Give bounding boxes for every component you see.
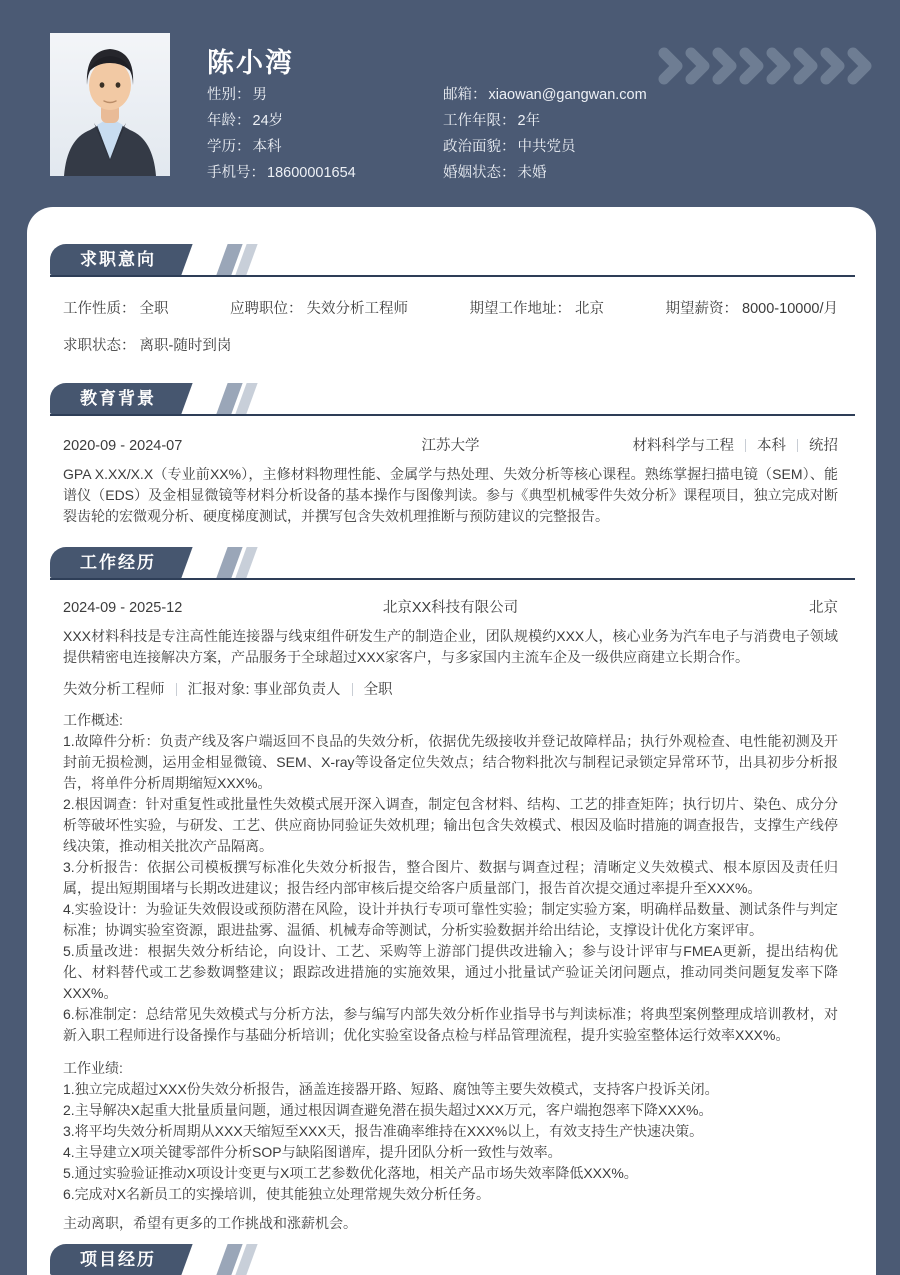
work-overview: 工作概述: 1.故障件分析：负责产线及客户端返回不良品的失效分析，依据优先级接收…: [63, 710, 838, 1046]
divider: [797, 439, 798, 452]
education-degree: 本科: [757, 438, 786, 454]
section-header-project: 项目经历: [50, 1244, 855, 1275]
profile-photo: [50, 33, 170, 176]
education-major: 材料科学与工程: [633, 438, 735, 454]
education-description: GPA X.XX/X.X（专业前XX%），主修材料物理性能、金属学与热处理、失效…: [63, 464, 838, 527]
field-target-position: 应聘职位：失效分析工程师: [230, 299, 408, 320]
work-overview-item: 5.质量改进：根据失效分析结论，向设计、工艺、采购等上游部门提供改进输入；参与设…: [63, 941, 838, 1004]
section-badge: 项目经历: [50, 1244, 178, 1275]
section-header-work: 工作经历: [50, 547, 855, 580]
work-role-row: 失效分析工程师汇报对象: 事业部负责人全职: [63, 680, 838, 701]
work-achievement-item: 5.通过实验验证推动X项设计变更与X项工艺参数优化落地，相关产品市场失效率降低X…: [63, 1163, 838, 1184]
info-row-work-years: 工作年限：2年: [443, 108, 647, 134]
education-admission-type: 统招: [809, 438, 838, 454]
work-role: 失效分析工程师: [63, 682, 165, 698]
education-meta-row: 2020-09 - 2024-07 江苏大学 材料科学与工程本科统招: [63, 436, 838, 457]
work-achievement-item: 1.独立完成超过XXX份失效分析报告，涵盖连接器开路、短路、腐蚀等主要失效模式，…: [63, 1079, 838, 1100]
chevron-decoration: [658, 47, 882, 85]
job-intent-row: 工作性质：全职 应聘职位：失效分析工程师 期望工作地址：北京 期望薪资：8000…: [63, 299, 838, 320]
resume-page: 陈小湾 性别：男 年龄：24岁 学历：本科 手机号：18600001654 邮箱…: [0, 0, 900, 1275]
field-job-status: 求职状态：离职-随时到岗: [63, 336, 838, 357]
work-overview-item: 6.标准制定：总结常见失效模式与分析方法，参与编写内部失效分析作业指导书与判读标…: [63, 1004, 838, 1046]
work-overview-item: 4.实验设计：为验证失效假设或预防潜在风险，设计并执行专项可靠性实验；制定实验方…: [63, 899, 838, 941]
field-job-nature: 工作性质：全职: [63, 299, 169, 320]
divider: [352, 683, 353, 696]
work-meta-row: 2024-09 - 2025-12 北京XX科技有限公司 北京: [63, 598, 838, 619]
section-header-education: 教育背景: [50, 383, 855, 416]
work-overview-item: 2.根因调查：针对重复性或批量性失效模式展开深入调查，制定包含材料、结构、工艺的…: [63, 794, 838, 857]
section-title: 工作经历: [80, 553, 156, 572]
work-achievement-item: 3.将平均失效分析周期从XXX天缩短至XXX天，报告准确率维持在XXX%以上，有…: [63, 1121, 838, 1142]
section-title: 教育背景: [80, 389, 156, 408]
work-achievement-item: 4.主导建立X项关键零部件分析SOP与缺陷图谱库，提升团队分析一致性与效率。: [63, 1142, 838, 1163]
section-badge: 求职意向: [50, 244, 178, 275]
info-row-age: 年龄：24岁: [207, 108, 356, 134]
chevron-icons: [658, 47, 882, 85]
header-info-left: 性别：男 年龄：24岁 学历：本科 手机号：18600001654: [207, 82, 356, 186]
work-achievement-item: 2.主导解决X起重大批量质量问题，通过根因调查避免潜在损失超过XXX万元，客户端…: [63, 1100, 838, 1121]
education-degree-group: 材料科学与工程本科统招: [633, 436, 839, 457]
section-badge: 教育背景: [50, 383, 178, 414]
info-row-email: 邮箱：xiaowan@gangwan.com: [443, 82, 647, 108]
work-employment-type: 全职: [364, 682, 393, 698]
section-title: 求职意向: [80, 250, 156, 269]
field-expected-salary: 期望薪资：8000-10000/月: [666, 299, 838, 320]
section-badge: 工作经历: [50, 547, 178, 578]
field-expected-location: 期望工作地址：北京: [470, 299, 605, 320]
work-location: 北京: [809, 598, 838, 619]
work-overview-item: 3.分析报告：依据公司模板撰写标准化失效分析报告，整合图片、数据与调查过程；清晰…: [63, 857, 838, 899]
info-row-marital-status: 婚姻状态：未婚: [443, 160, 647, 186]
resume-body-card: 求职意向 工作性质：全职 应聘职位：失效分析工程师 期望工作地址：北京 期望薪资…: [27, 207, 876, 1275]
company-intro: XXX材料科技是专注高性能连接器与线束组件研发生产的制造企业，团队规模约XXX人…: [63, 626, 838, 668]
info-row-education: 学历：本科: [207, 134, 356, 160]
work-achievements-title: 工作业绩:: [63, 1058, 838, 1079]
leaving-reason: 主动离职，希望有更多的工作挑战和涨薪机会。: [63, 1213, 838, 1234]
section-title: 项目经历: [80, 1250, 156, 1269]
work-overview-title: 工作概述:: [63, 710, 838, 731]
candidate-name: 陈小湾: [207, 41, 294, 80]
divider: [176, 683, 177, 696]
section-header-job-intent: 求职意向: [50, 244, 855, 277]
info-row-political-status: 政治面貌：中共党员: [443, 134, 647, 160]
header-info-right: 邮箱：xiaowan@gangwan.com 工作年限：2年 政治面貌：中共党员…: [443, 82, 647, 186]
divider: [745, 439, 746, 452]
work-company: 北京XX科技有限公司: [63, 598, 838, 619]
profile-photo-illustration: [50, 33, 170, 176]
info-row-gender: 性别：男: [207, 82, 356, 108]
work-report-to: 汇报对象: 事业部负责人: [188, 682, 341, 698]
work-overview-item: 1.故障件分析：负责产线及客户端返回不良品的失效分析，依据优先级接收并登记故障样…: [63, 731, 838, 794]
work-achievement-item: 6.完成对X名新员工的实操培训，使其能独立处理常规失效分析任务。: [63, 1184, 838, 1205]
info-row-phone: 手机号：18600001654: [207, 160, 356, 186]
work-achievements: 工作业绩: 1.独立完成超过XXX份失效分析报告，涵盖连接器开路、短路、腐蚀等主…: [63, 1058, 838, 1205]
